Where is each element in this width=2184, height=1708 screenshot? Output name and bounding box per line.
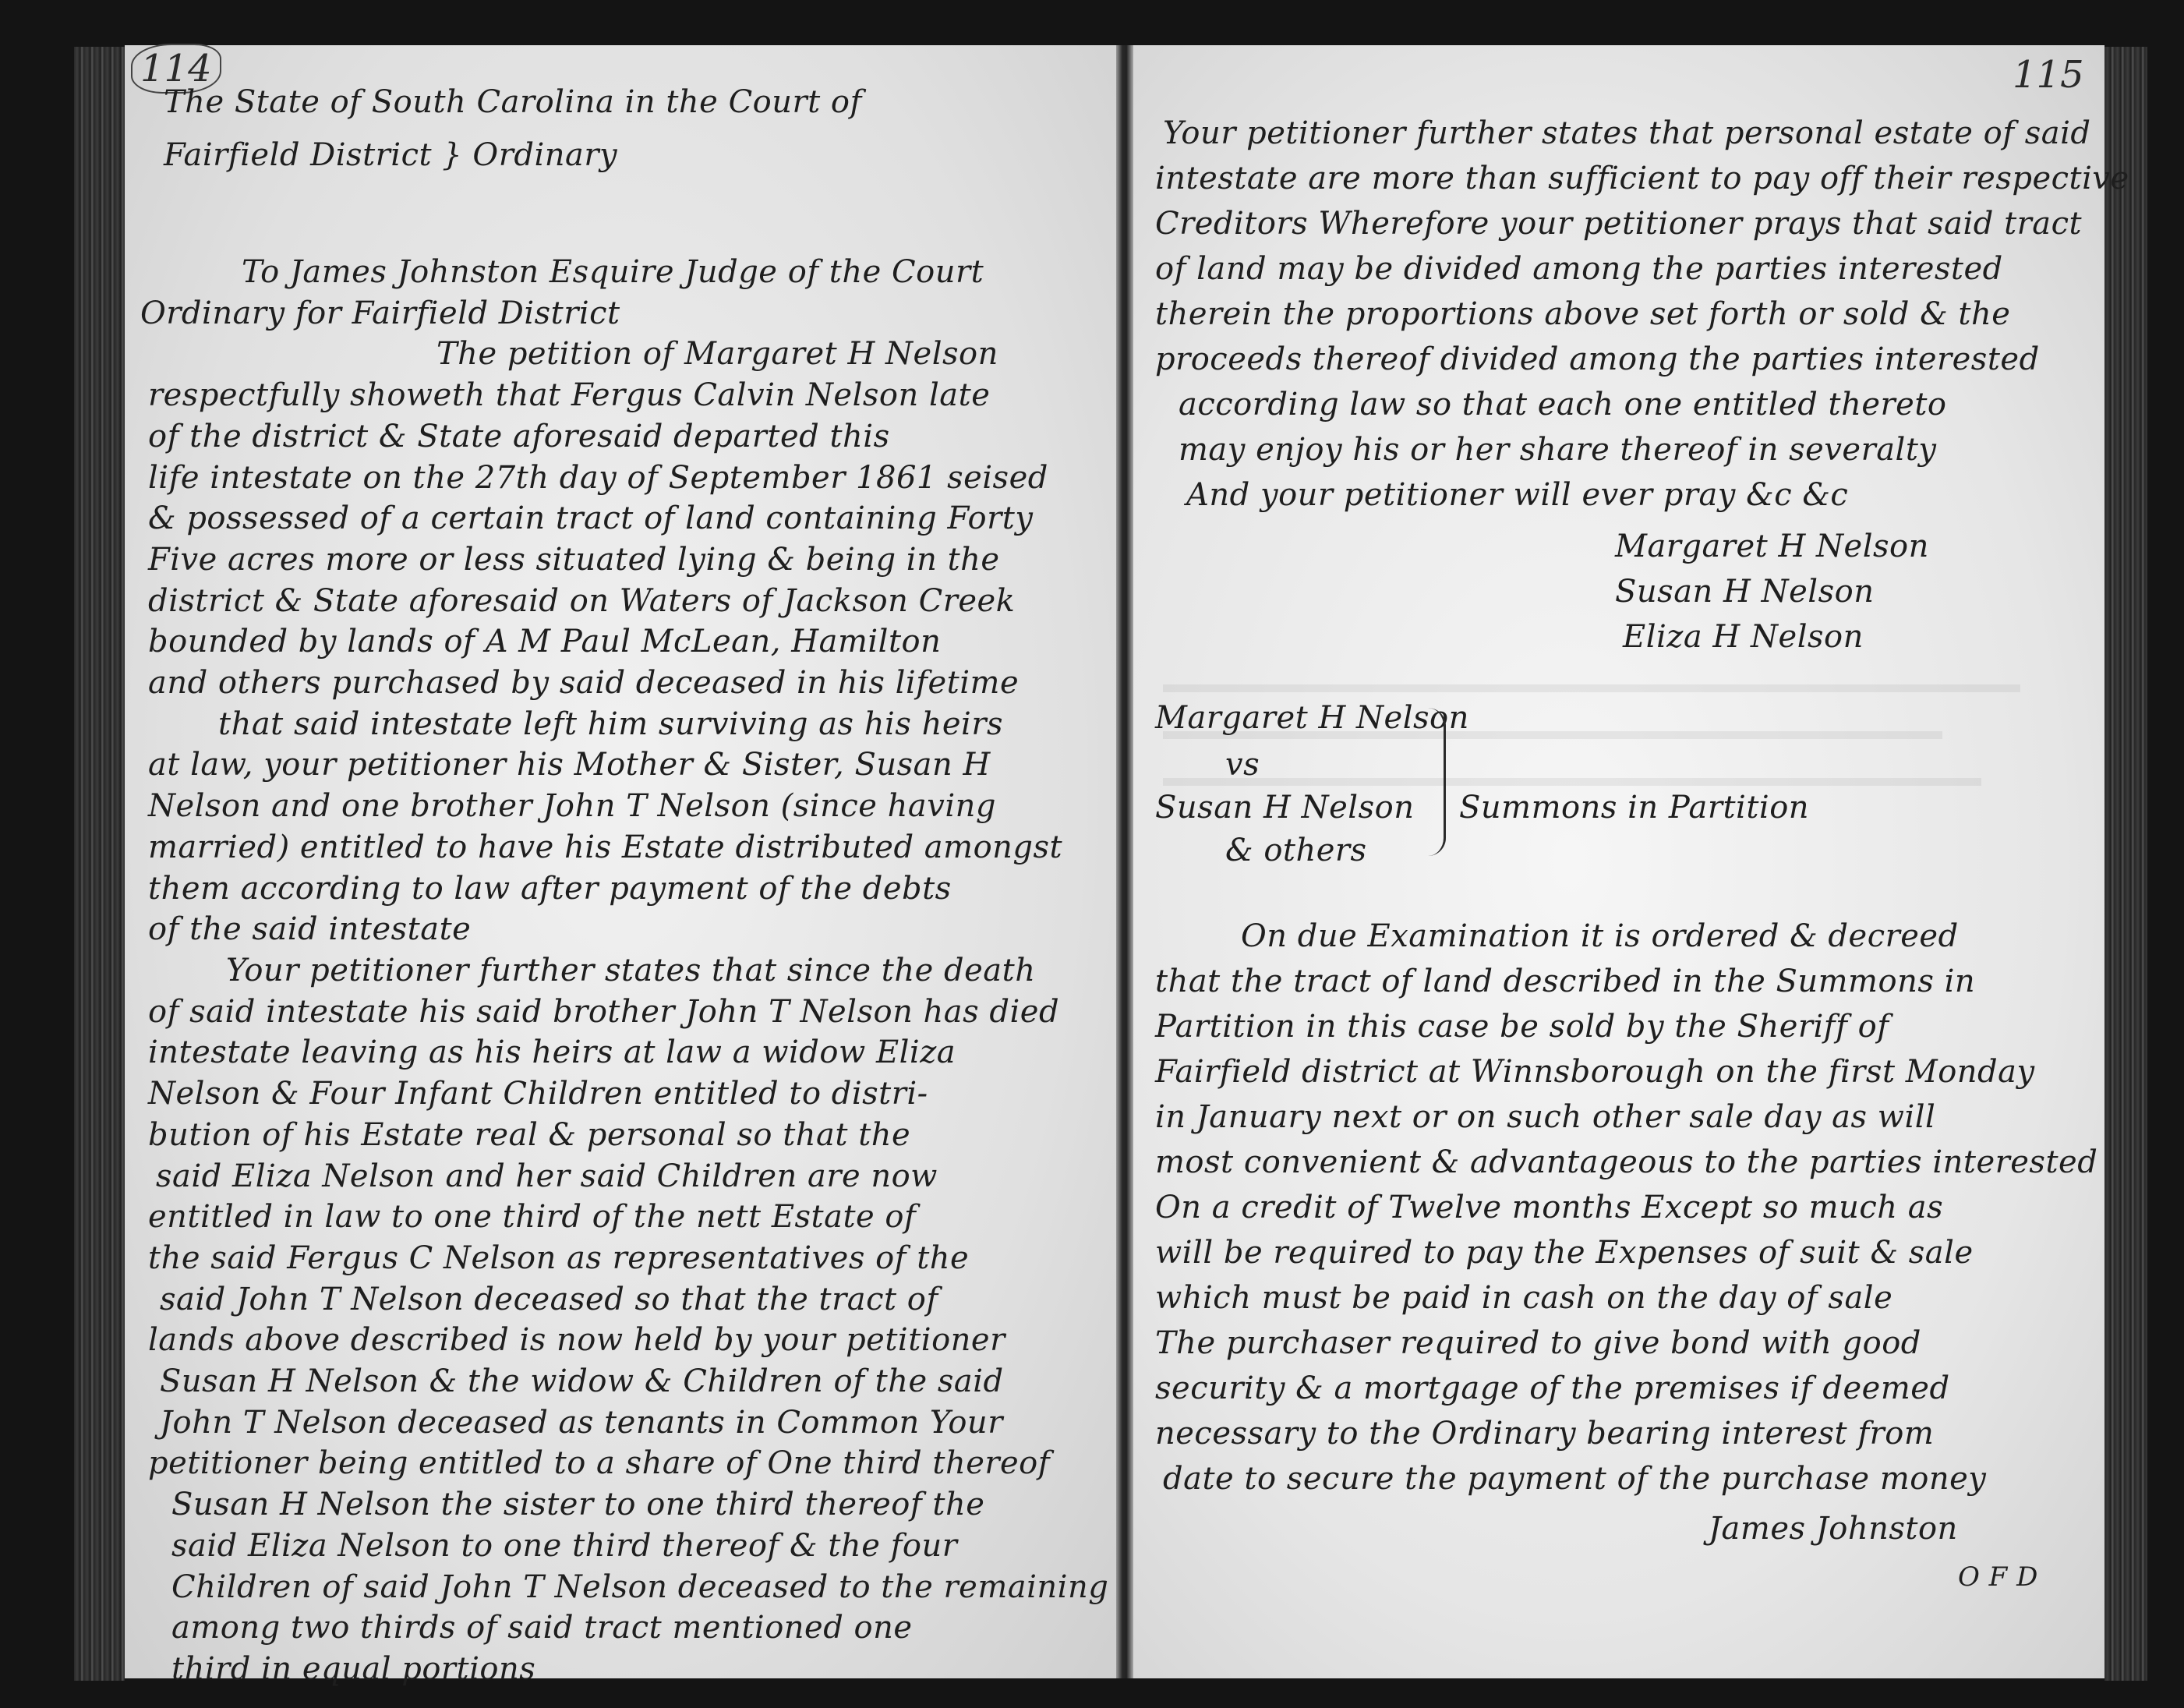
body-line: Nelson and one brother John T Nelson (si… <box>148 788 996 824</box>
body-line: them according to law after payment of t… <box>148 871 952 907</box>
order-line: will be required to pay the Expenses of … <box>1155 1235 1974 1271</box>
order-line: security & a mortgage of the premises if… <box>1155 1370 1950 1406</box>
body-line: intestate leaving as his heirs at law a … <box>148 1034 956 1070</box>
petition-line: Your petitioner further states that pers… <box>1163 115 2091 151</box>
body-line: district & State aforesaid on Waters of … <box>148 583 1015 619</box>
body-line: married) entitled to have his Estate dis… <box>148 829 1062 865</box>
body-line: bution of his Estate real & personal so … <box>148 1117 910 1153</box>
body-line: Five acres more or less situated lying &… <box>148 542 1000 578</box>
body-line: petitioner being entitled to a share of … <box>148 1445 1050 1481</box>
petition-line: therein the proportions above set forth … <box>1155 296 2010 332</box>
body-line: The petition of Margaret H Nelson <box>436 336 998 372</box>
caption-versus: vs <box>1225 747 1260 783</box>
right-book-edge <box>2104 47 2147 1681</box>
body-line: entitled in law to one third of the nett… <box>148 1199 916 1235</box>
order-line: that the tract of land described in the … <box>1155 964 1975 999</box>
petition-line: proceeds thereof divided among the parti… <box>1155 341 2040 377</box>
petition-line: And your petitioner will ever pray &c &c <box>1186 477 1848 513</box>
body-line: bounded by lands of A M Paul McLean, Ham… <box>148 624 941 660</box>
body-line: at law, your petitioner his Mother & Sis… <box>148 747 991 783</box>
petition-line: Creditors Wherefore your petitioner pray… <box>1155 206 2082 242</box>
order-line: Fairfield district at Winnsborough on th… <box>1155 1054 2035 1090</box>
bleed-through-line <box>1163 778 1981 786</box>
caption-others: & others <box>1225 833 1367 868</box>
order-line: in January next or on such other sale da… <box>1155 1099 1935 1135</box>
order-line: which must be paid in cash on the day of… <box>1155 1280 1892 1316</box>
body-line: that said intestate left him surviving a… <box>218 706 1003 742</box>
judge-title: O F D <box>1958 1561 2038 1593</box>
order-line: Partition in this case be sold by the Sh… <box>1155 1009 1889 1045</box>
judge-signature: James Johnston <box>1709 1511 1958 1547</box>
body-line: respectfully showeth that Fergus Calvin … <box>148 377 990 413</box>
body-line: of the said intestate <box>148 911 471 947</box>
signature-eliza: Eliza H Nelson <box>1623 619 1864 655</box>
body-line: of the district & State aforesaid depart… <box>148 419 890 454</box>
petition-line: of land may be divided among the parties… <box>1155 251 2003 287</box>
left-book-edge <box>74 47 125 1681</box>
body-line: Susan H Nelson & the widow & Children of… <box>160 1363 1004 1399</box>
signature-margaret: Margaret H Nelson <box>1615 529 1929 564</box>
body-line: the said Fergus C Nelson as representati… <box>148 1240 969 1276</box>
body-line: life intestate on the 27th day of Septem… <box>148 460 1048 496</box>
caption-action: Summons in Partition <box>1459 790 1809 826</box>
order-line: On a credit of Twelve months Except so m… <box>1155 1190 1943 1225</box>
body-line: John T Nelson deceased as tenants in Com… <box>160 1405 1003 1441</box>
order-line: The purchaser required to give bond with… <box>1155 1325 1921 1361</box>
body-line: Ordinary for Fairfield District <box>140 295 620 331</box>
body-line: & possessed of a certain tract of land c… <box>148 500 1033 536</box>
body-line: of said intestate his said brother John … <box>148 994 1059 1030</box>
body-line: lands above described is now held by you… <box>148 1322 1005 1358</box>
heading-line-2: Fairfield District } Ordinary <box>164 137 617 173</box>
body-line: and others purchased by said deceased in… <box>148 665 1019 701</box>
signature-susan: Susan H Nelson <box>1615 574 1874 610</box>
caption-defendant: Susan H Nelson <box>1155 790 1414 826</box>
body-line: Nelson & Four Infant Children entitled t… <box>148 1076 928 1112</box>
right-page-number: 115 <box>2013 53 2084 97</box>
book-gutter <box>1116 45 1133 1678</box>
body-line: To James Johnston Esquire Judge of the C… <box>242 254 984 290</box>
bleed-through-line <box>1163 684 2020 692</box>
caption-brace <box>1428 708 1446 856</box>
body-line: third in equal portions <box>171 1651 535 1687</box>
order-line: date to secure the payment of the purcha… <box>1163 1461 1986 1497</box>
body-line: Your petitioner further states that sinc… <box>226 953 1035 988</box>
order-line: most convenient & advantageous to the pa… <box>1155 1144 2097 1180</box>
caption-plaintiff: Margaret H Nelson <box>1155 700 1469 736</box>
left-page: 114 The State of South Carolina in the C… <box>125 45 1119 1678</box>
body-line: said Eliza Nelson and her said Children … <box>156 1158 938 1194</box>
heading-line-1: The State of South Carolina in the Court… <box>164 84 862 120</box>
body-line: Children of said John T Nelson deceased … <box>171 1569 1108 1605</box>
order-line: On due Examination it is ordered & decre… <box>1241 918 1959 954</box>
order-line: necessary to the Ordinary bearing intere… <box>1155 1416 1934 1452</box>
petition-line: intestate are more than sufficient to pa… <box>1155 161 2129 196</box>
petition-line: may enjoy his or her share thereof in se… <box>1179 432 1937 468</box>
body-line: said Eliza Nelson to one third thereof &… <box>171 1528 957 1564</box>
body-line: among two thirds of said tract mentioned… <box>171 1610 913 1646</box>
body-line: Susan H Nelson the sister to one third t… <box>171 1487 984 1522</box>
body-line: said John T Nelson deceased so that the … <box>160 1282 938 1317</box>
right-page: 115 Your petitioner further states that … <box>1132 45 2104 1678</box>
petition-line: according law so that each one entitled … <box>1179 387 1946 423</box>
